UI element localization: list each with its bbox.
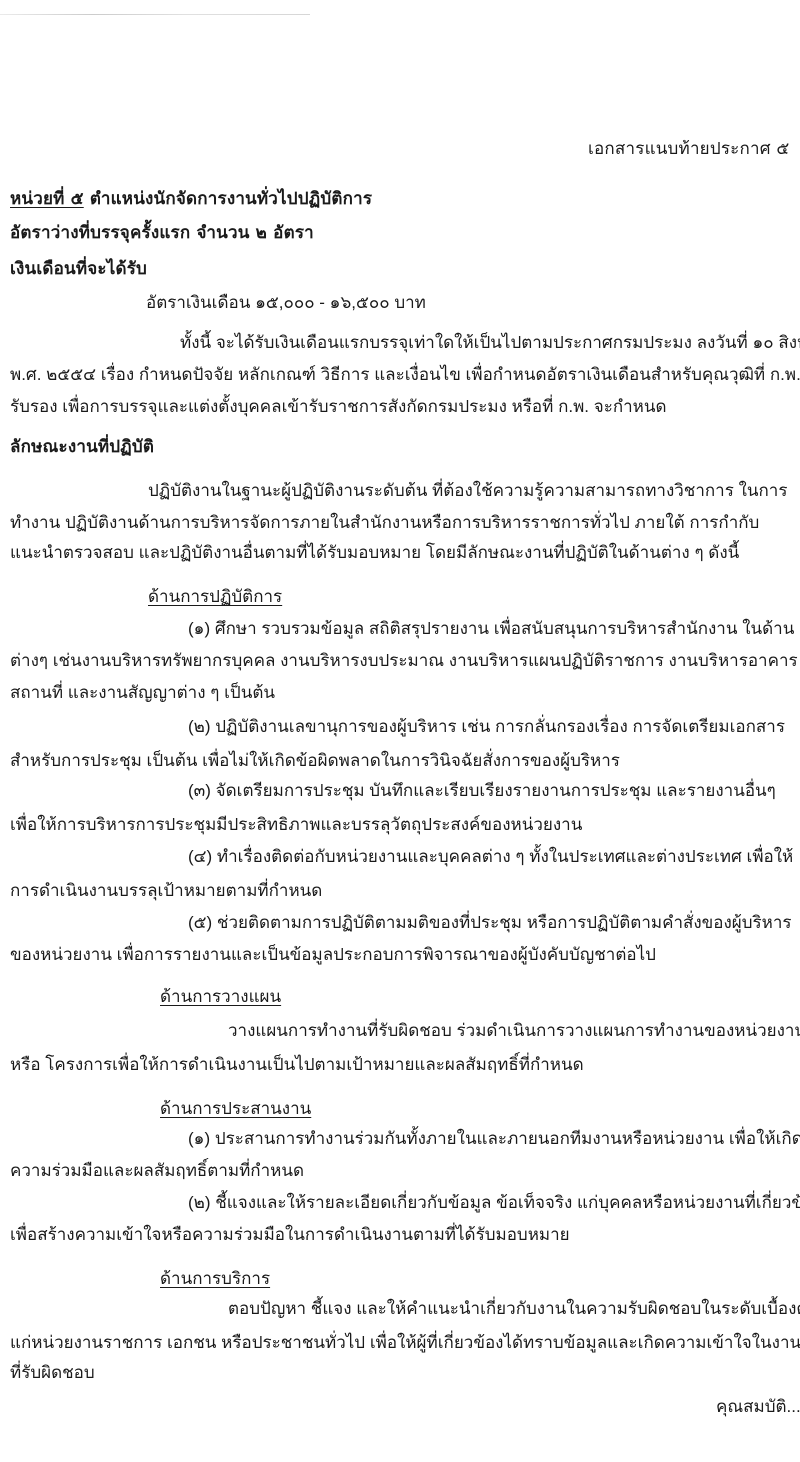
section-line: วางแผนการทำงานที่รับผิดชอบ ร่วมดำเนินการ… xyxy=(228,1020,800,1042)
section-line: แก่หน่วยงานราชการ เอกชน หรือประชาชนทั่วไ… xyxy=(10,1332,800,1354)
duties-intro-line: ปฏิบัติงานในฐานะผู้ปฏิบัติงานระดับต้น ที… xyxy=(148,480,787,502)
section-line: ความร่วมมือและผลสัมฤทธิ์ตามที่กำหนด xyxy=(10,1160,304,1182)
section-line: การดำเนินงานบรรลุเป้าหมายตามที่กำหนด xyxy=(10,880,322,902)
position-heading: หน่วยที่ ๕ ตำแหน่งนักจัดการงานทั่วไปปฏิบ… xyxy=(10,188,372,210)
position-title: ตำแหน่งนักจัดการงานทั่วไปปฏิบัติการ xyxy=(90,189,372,209)
section-line: เพื่อสร้างความเข้าใจหรือความร่วมมือในการ… xyxy=(10,1224,570,1246)
salary-note-line: พ.ศ. ๒๕๕๔ เรื่อง กำหนดปัจจัย หลักเกณฑ์ ว… xyxy=(10,364,800,386)
duties-intro-line: แนะนำตรวจสอบ และปฏิบัติงานอื่นตามที่ได้ร… xyxy=(10,542,739,564)
section-line: ของหน่วยงาน เพื่อการรายงานและเป็นข้อมูลป… xyxy=(10,944,656,966)
section-line: สถานที่ และงานสัญญาต่าง ๆ เป็นต้น xyxy=(10,682,275,704)
unit-label: หน่วยที่ ๕ xyxy=(10,189,84,209)
section-line: (๕) ช่วยติดตามการปฏิบัติตามมติของที่ประช… xyxy=(188,912,792,934)
continuation-marker: คุณสมบัติ... xyxy=(716,1396,800,1418)
salary-rate: อัตราเงินเดือน ๑๕,๐๐๐ - ๑๖,๕๐๐ บาท xyxy=(146,292,426,314)
section-line: (๔) ทำเรื่องติดต่อกับหน่วยงานและบุคคลต่า… xyxy=(188,846,793,868)
scan-artifact-line xyxy=(0,14,310,15)
section-line: ต่างๆ เช่นงานบริหารทรัพยากรบุคคล งานบริห… xyxy=(10,650,798,672)
section-line: (๑) ศึกษา รวบรวมข้อมูล สถิติสรุปรายงาน เ… xyxy=(188,618,794,640)
salary-note-line: รับรอง เพื่อการบรรจุและแต่งตั้งบุคคลเข้า… xyxy=(10,396,667,418)
salary-note-line: ทั้งนี้ จะได้รับเงินเดือนแรกบรรจุเท่าใดใ… xyxy=(180,332,800,354)
section-title-planning: ด้านการวางแผน xyxy=(160,986,281,1008)
vacancy-line: อัตราว่างที่บรรจุครั้งแรก จำนวน ๒ อัตรา xyxy=(10,222,314,244)
section-line: (๑) ประสานการทำงานร่วมกันทั้งภายในและภาย… xyxy=(188,1128,800,1150)
section-line: สำหรับการประชุม เป็นต้น เพื่อไม่ให้เกิดข… xyxy=(10,750,620,772)
duties-intro-line: ทำงาน ปฏิบัติงานด้านการบริหารจัดการภายใน… xyxy=(10,512,759,534)
section-line: (๓) จัดเตรียมการประชุม บันทึกและเรียบเรี… xyxy=(188,780,776,802)
section-line: หรือ โครงการเพื่อให้การดำเนินงานเป็นไปตา… xyxy=(10,1054,584,1076)
section-line: ตอบปัญหา ชี้แจง และให้คำแนะนำเกี่ยวกับงา… xyxy=(228,1298,800,1320)
section-title-operations: ด้านการปฏิบัติการ xyxy=(148,586,282,608)
duties-heading: ลักษณะงานที่ปฏิบัติ xyxy=(10,436,154,458)
section-title-service: ด้านการบริการ xyxy=(160,1268,270,1290)
salary-heading: เงินเดือนที่จะได้รับ xyxy=(10,258,147,280)
section-line: (๒) ชี้แจงและให้รายละเอียดเกี่ยวกับข้อมู… xyxy=(188,1192,800,1214)
document-header-annex: เอกสารแนบท้ายประกาศ ๕ xyxy=(588,138,789,160)
section-title-coordination: ด้านการประสานงาน xyxy=(160,1098,311,1120)
section-line: (๒) ปฏิบัติงานเลขานุการของผู้บริหาร เช่น… xyxy=(188,716,785,738)
section-line: เพื่อให้การบริหารการประชุมมีประสิทธิภาพแ… xyxy=(10,814,582,836)
section-line: ที่รับผิดชอบ xyxy=(10,1362,95,1384)
